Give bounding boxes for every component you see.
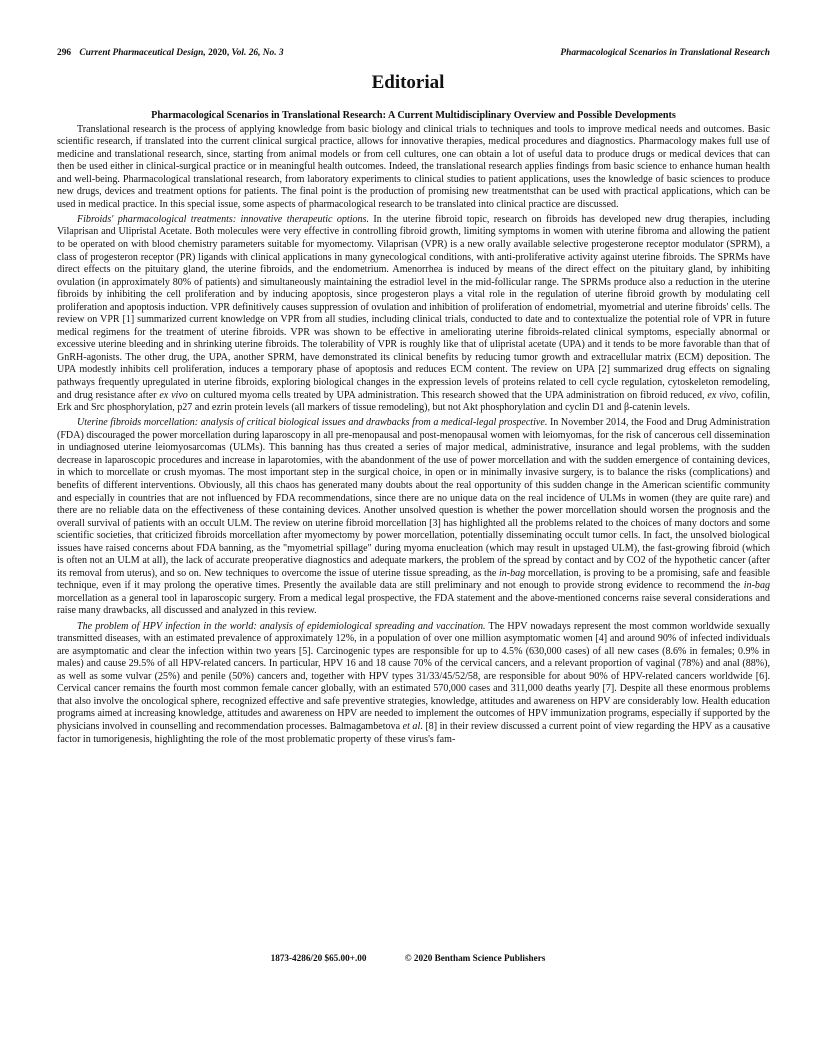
- section-lead: Uterine fibroids morcellation: analysis …: [77, 417, 547, 428]
- journal-volume: Vol. 26, No. 3: [232, 48, 284, 58]
- journal-year: 2020,: [208, 48, 229, 58]
- paragraph-text: on cultured myoma cells treated by UPA a…: [188, 390, 708, 401]
- paragraph-intro: Translational research is the process of…: [57, 124, 770, 212]
- running-head-left: 296 Current Pharmaceutical Design, 2020,…: [57, 48, 284, 58]
- paragraph-text: Translational research is the process of…: [57, 124, 770, 210]
- paragraph-text: In the uterine fibroid topic, research o…: [57, 214, 770, 401]
- page-title: Editorial: [0, 72, 816, 94]
- running-head-title: Pharmacological Scenarios in Translation…: [560, 48, 770, 58]
- italic-term: ex vivo: [159, 390, 188, 401]
- paragraph-text: The HPV nowadays represent the most comm…: [57, 621, 770, 732]
- copyright: © 2020 Bentham Science Publishers: [405, 953, 546, 963]
- paragraph-text: In November 2014, the Food and Drug Admi…: [57, 417, 770, 579]
- paragraph-fibroids-treatments: Fibroids' pharmacological treatments: in…: [57, 214, 770, 415]
- journal-name: Current Pharmaceutical Design,: [79, 48, 205, 58]
- running-head: 296 Current Pharmaceutical Design, 2020,…: [57, 48, 770, 62]
- italic-term: in-bag: [499, 568, 525, 579]
- article-subtitle: Pharmacological Scenarios in Translation…: [57, 110, 770, 121]
- italic-term: ex vivo: [707, 390, 736, 401]
- section-lead: Fibroids' pharmacological treatments: in…: [77, 214, 369, 225]
- article-body: Translational research is the process of…: [57, 124, 770, 749]
- italic-term: et al: [403, 721, 421, 732]
- issn-price: 1873-4286/20 $65.00+.00: [271, 953, 367, 963]
- page-number: 296: [57, 48, 71, 58]
- paragraph-text: morcellation as a general tool in laparo…: [57, 593, 770, 617]
- page-footer: 1873-4286/20 $65.00+.00 © 2020 Bentham S…: [0, 953, 816, 963]
- italic-term: in-bag: [744, 580, 770, 591]
- paragraph-hpv: The problem of HPV infection in the worl…: [57, 621, 770, 746]
- section-lead: The problem of HPV infection in the worl…: [77, 621, 486, 632]
- paragraph-morcellation: Uterine fibroids morcellation: analysis …: [57, 417, 770, 618]
